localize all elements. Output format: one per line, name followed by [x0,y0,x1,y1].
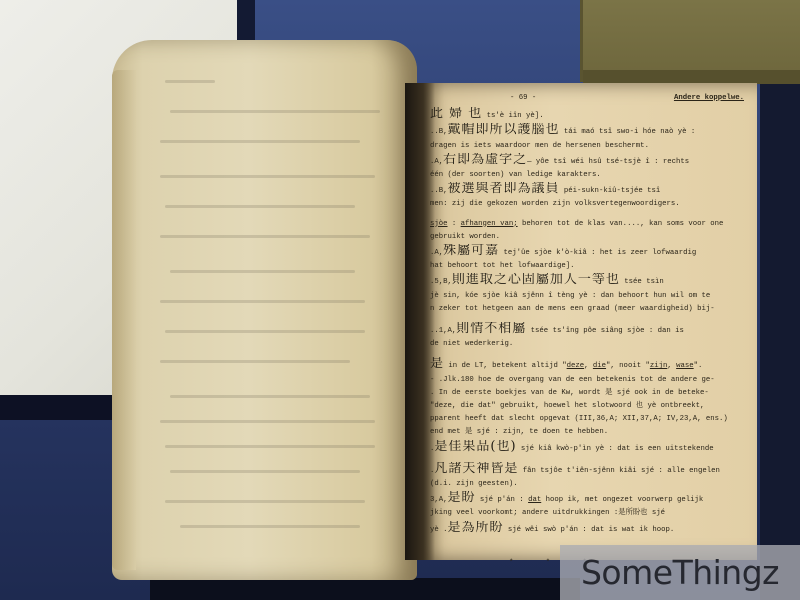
text-line: men: zij die gekozen worden zijn volksve… [430,198,750,211]
chinese-characters: 右即為虛字之 [443,153,527,167]
line-text: pparent heeft dat slecht opgevat (III,36… [430,415,728,423]
line-text: men: zij die gekozen worden zijn volksve… [430,200,680,208]
line-ref: ..B, [430,187,448,195]
line-text: . In de eerste boekjes van de Kw, wordt … [430,389,709,397]
line-text: péi-sukn-kiû-tsjée tsî [560,187,661,195]
page-header: - 69 - Andere koppelwe. [430,92,750,105]
text-lines: 此 婦 也 ts'è iîn yè]...B,戴帽即所以護腦也 tái maó … [430,107,750,537]
line-text: jking veel voorkomt; andere uitdrukkinge… [430,509,665,517]
line-text: - .Jlk.180 hoe de overgang van de een be… [430,376,715,384]
left-page-edge [112,70,136,570]
watermark: SomeThingz [560,545,800,600]
line-text: gebruikt worden. [430,233,500,241]
text-line: één (der soorten) van ledige karakters. [430,169,750,182]
chinese-characters: 殊屬可嘉 [443,244,499,258]
chinese-characters: 戴帽即所以護腦也 [448,123,560,137]
page-header-title: Andere koppelwe. [674,92,744,105]
text-line: "deze, die dat" gebruikt, hoewel het slo… [430,400,750,413]
text-line: yè .是為所盼 sjé wêi swò p'án : dat is wat i… [430,521,750,537]
line-text: hat behoort tot het lofwaardige]. [430,262,575,270]
dark-right-edge [760,84,800,600]
line-ref: yè . [430,526,448,534]
line-text: sjé wêi swò p'án : dat is wat ik hoop. [504,526,675,534]
page-number: - 69 - [510,92,536,105]
text-line: (d.i. zijn geesten). [430,478,750,491]
chinese-characters: 此 婦 也 [430,107,482,121]
text-line: .5,B,則進取之心固屬加人一等也 tsée tsìn [430,273,750,289]
chinese-characters: 是 [430,357,444,371]
text-line: 此 婦 也 ts'è iîn yè]. [430,107,750,123]
line-ref: .5,B, [430,278,452,286]
line-text: n zeker tot hetgeen aan de mens een graa… [430,305,715,313]
text-line: de niet wederkerig. [430,338,750,351]
text-line: .是佳果品(也) sjé kiâ kwò-p'ìn yè : dat is ee… [430,440,750,456]
line-text: tái maó tsî swo-i hóe naò yè : [560,128,696,136]
chinese-characters: 凡諸天神皆是 [434,462,518,476]
line-text: dragen is iets waardoor men de hersenen … [430,142,649,150]
line-text: de niet wederkerig. [430,340,513,348]
line-text: tsée ts'îng pôe siâng sjòe : dan is [526,327,684,335]
chinese-characters: 被選與者即為議員 [448,182,560,196]
chinese-characters: 則情不相屬 [456,322,526,336]
book-shadow [150,578,580,600]
line-text: sjòe : afhangen van; behoren tot de klas… [430,220,723,228]
line-text: tej'ûe sjòe k'ò-kiâ : het is zeer lofwaa… [499,249,696,257]
line-text: één (der soorten) van ledige karakters. [430,171,601,179]
text-line: - .Jlk.180 hoe de overgang van de een be… [430,374,750,387]
olive-book-edge [583,70,800,84]
text-line: hat behoort tot het lofwaardige]. [430,260,750,273]
text-line: .凡諸天神皆是 fân tsjôe t'iên-sjênn kiâi sjé :… [430,462,750,478]
line-text: fân tsjôe t'iên-sjênn kiâi sjé : alle en… [518,467,719,475]
text-line: ..B,戴帽即所以護腦也 tái maó tsî swo-i hóe naò y… [430,123,750,139]
line-text: ts'è iîn yè]. [482,112,543,120]
line-text: sjé kiâ kwò-p'ìn yè : dat is een uitstek… [517,445,714,453]
line-text: sjé p'án : dat hoop ik, met ongezet voor… [476,496,704,504]
text-line: n zeker tot hetgeen aan de mens een graa… [430,303,750,316]
line-text: in de LT, betekent altijd "deze, die", n… [444,362,702,370]
text-line: ..1,A,則情不相屬 tsée ts'îng pôe siâng sjòe :… [430,322,750,338]
text-line: . In de eerste boekjes van de Kw, wordt … [430,387,750,400]
text-line: sjòe : afhangen van; behoren tot de klas… [430,218,750,231]
text-line: 3,A,是盼 sjé p'án : dat hoop ik, met ongez… [430,491,750,507]
line-ref: 3,A, [430,496,448,504]
line-ref: ..B, [430,128,448,136]
chinese-characters: 是為所盼 [448,521,504,535]
right-page-text: - 69 - Andere koppelwe. 此 婦 也 ts'è iîn y… [430,92,750,570]
text-line: end met 是 sjé : zijn, te doen te hebben. [430,426,750,439]
line-text: (d.i. zijn geesten). [430,480,518,488]
line-ref: .A, [430,249,443,257]
dark-strip [237,0,255,40]
left-page [112,40,417,580]
text-line: 是 in de LT, betekent altijd "deze, die",… [430,357,750,373]
line-text: jè sin, kóe sjòe kiâ sjênn î tèng yè : d… [430,292,710,300]
text-line: ..B,被選與者即為議員 péi-sukn-kiû-tsjée tsî [430,182,750,198]
chinese-characters: 是佳果品(也) [434,440,516,454]
line-text: tsée tsìn [620,278,664,286]
text-line: gebruikt worden. [430,231,750,244]
chinese-characters: 則進取之心固屬加人一等也 [452,273,620,287]
text-line: dragen is iets waardoor men de hersenen … [430,140,750,153]
line-ref: ..1,A, [430,327,456,335]
text-line: .A,右即為虛字之— yôe tsî wéi hsû tsé-tsjè î : … [430,153,750,169]
text-line: pparent heeft dat slecht opgevat (III,36… [430,413,750,426]
text-line: jè sin, kóe sjòe kiâ sjênn î tèng yè : d… [430,290,750,303]
watermark-text: SomeThingz [581,553,779,592]
line-text: end met 是 sjé : zijn, te doen te hebben. [430,428,608,436]
line-text: — yôe tsî wéi hsû tsé-tsjè î : rechts [527,158,689,166]
text-line: jking veel voorkomt; andere uitdrukkinge… [430,507,750,520]
line-text: "deze, die dat" gebruikt, hoewel het slo… [430,402,704,410]
chinese-characters: 是盼 [448,491,476,505]
line-ref: .A, [430,158,443,166]
text-line: .A,殊屬可嘉 tej'ûe sjòe k'ò-kiâ : het is zee… [430,244,750,260]
